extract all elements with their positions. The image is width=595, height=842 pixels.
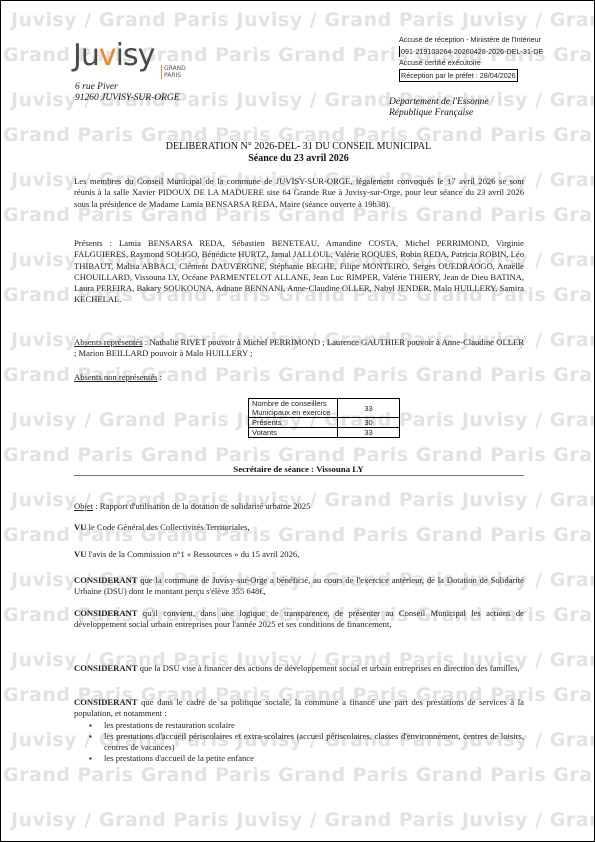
- ack-title: Accusé de réception - Ministère de l'Int…: [399, 34, 543, 46]
- logo-text: Ju: [73, 38, 99, 73]
- list-item: les prestations d'accueil périscolaires …: [104, 731, 524, 754]
- absents-not-represented-paragraph: Absents non représentés :: [74, 372, 524, 383]
- considerant-text: que dans le cadre de sa politique social…: [74, 697, 524, 718]
- intro-paragraph: Les membres du Conseil Municipal de la c…: [74, 176, 524, 210]
- absents-not-represented-list: :: [158, 372, 163, 382]
- considerant-paragraph-3: CONSIDERANT que la DSU vise à financer d…: [74, 663, 524, 674]
- presents-list: Lamia BENSARSA REDA, Sébastien BENETEAU,…: [74, 238, 524, 304]
- list-item: les prestations de restauration scolaire: [104, 720, 524, 731]
- ack-status: Accusé certifié exécutoire: [399, 57, 543, 69]
- object-label: Objet: [74, 501, 93, 511]
- department-name: Département de l'Essonne: [389, 97, 489, 108]
- absents-represented-paragraph: Absents représentés : Nathalie RIVET pou…: [74, 337, 524, 360]
- department-block: Département de l'Essonne République Fran…: [389, 97, 489, 119]
- presents-label: Présents :: [74, 238, 112, 248]
- count-label: Votants: [249, 428, 338, 438]
- considerant-paragraph-2: CONSIDERANT qu'il convient, dans une log…: [74, 608, 524, 631]
- document-page: Juvisy / Grand Paris Juvisy / Grand Pari…: [0, 0, 595, 842]
- address-line: 91260 JUVISY-SUR-ORGE: [75, 93, 180, 104]
- absents-not-represented-label: Absents non représentés: [74, 372, 158, 382]
- juvisy-logo: Juvisy GRANDPARIS: [73, 41, 154, 71]
- list-item: les prestations d'accueil de la petite e…: [104, 753, 524, 764]
- absents-represented-label: Absents représentés: [74, 337, 143, 347]
- considerant-label: CONSIDERANT: [74, 608, 138, 618]
- considerant-label: CONSIDERANT: [74, 663, 138, 673]
- vu-label: VU: [74, 522, 86, 532]
- table-row: Présents30: [249, 418, 400, 428]
- object-paragraph: Objet : Rapport d'utilisation de la dota…: [74, 501, 524, 512]
- count-value: 33: [338, 428, 400, 438]
- vu-text: l'avis de la Commission n°1 « Ressources…: [86, 549, 299, 559]
- session-date: Séance du 23 avril 2026: [1, 153, 595, 165]
- acknowledgement-stamp: Accusé de réception - Ministère de l'Int…: [399, 34, 543, 82]
- secretary-name: Vissouna LY: [316, 464, 364, 474]
- title-line: DELIBERATION N° 2026-DEL- 31 DU CONSEIL …: [1, 141, 595, 153]
- considerant-text: que la DSU vise à financer des actions d…: [138, 663, 520, 673]
- table-row: Nombre de conseillers Municipaux en exer…: [249, 399, 400, 418]
- logo-text-accent: v: [99, 38, 116, 73]
- logo-subtitle: PARIS: [164, 72, 186, 79]
- vu-text: le Code Général des Collectivités Territ…: [86, 522, 249, 532]
- ack-reception-date: Réception par le préfet : 28/04/2026: [399, 69, 518, 83]
- republic-name: République Française: [389, 108, 489, 119]
- count-label: Nombre de conseillers Municipaux en exer…: [249, 399, 338, 418]
- ack-reference: 091-219103264-20260428-2026-DEL-31-DE: [399, 46, 543, 58]
- secretary-label: Secrétaire de séance :: [233, 464, 314, 474]
- count-value: 30: [338, 418, 400, 428]
- deliberation-title: DELIBERATION N° 2026-DEL- 31 DU CONSEIL …: [1, 141, 595, 165]
- considerant-text: qu'il convient, dans une logique de tran…: [74, 608, 524, 629]
- vu-paragraph-1: VU le Code Général des Collectivités Ter…: [74, 522, 524, 533]
- considerant-text: que la commune de Juvisy-sur-Orge a béné…: [74, 575, 524, 596]
- object-text: : Rapport d'utilisation de la dotation d…: [93, 501, 310, 511]
- count-label: Présents: [249, 418, 338, 428]
- logo-subtitle: GRAND: [164, 65, 186, 72]
- presents-paragraph: Présents : Lamia BENSARSA REDA, Sébastie…: [74, 238, 524, 306]
- table-row: Votants33: [249, 428, 400, 438]
- logo-text: isy: [116, 38, 155, 73]
- intro-text: Les membres du Conseil Municipal de la c…: [74, 176, 524, 210]
- count-value: 33: [338, 399, 400, 418]
- considerant-label: CONSIDERANT: [74, 575, 138, 585]
- divider: [74, 475, 524, 476]
- vu-label: VU: [74, 549, 86, 559]
- considerant-paragraph-1: CONSIDERANT que la commune de Juvisy-sur…: [74, 575, 524, 598]
- secretary-line: Secrétaire de séance : Vissouna LY: [1, 464, 595, 474]
- considerant-label: CONSIDERANT: [74, 697, 138, 707]
- considerant-paragraph-4: CONSIDERANT que dans le cadre de sa poli…: [74, 697, 524, 765]
- services-list: les prestations de restauration scolaire…: [74, 720, 524, 765]
- address-line: 6 rue Piver: [75, 82, 180, 93]
- vu-paragraph-2: VU l'avis de la Commission n°1 « Ressour…: [74, 549, 524, 560]
- sender-address: 6 rue Piver 91260 JUVISY-SUR-ORGE: [75, 82, 180, 104]
- council-counts-table: Nombre de conseillers Municipaux en exer…: [248, 398, 400, 438]
